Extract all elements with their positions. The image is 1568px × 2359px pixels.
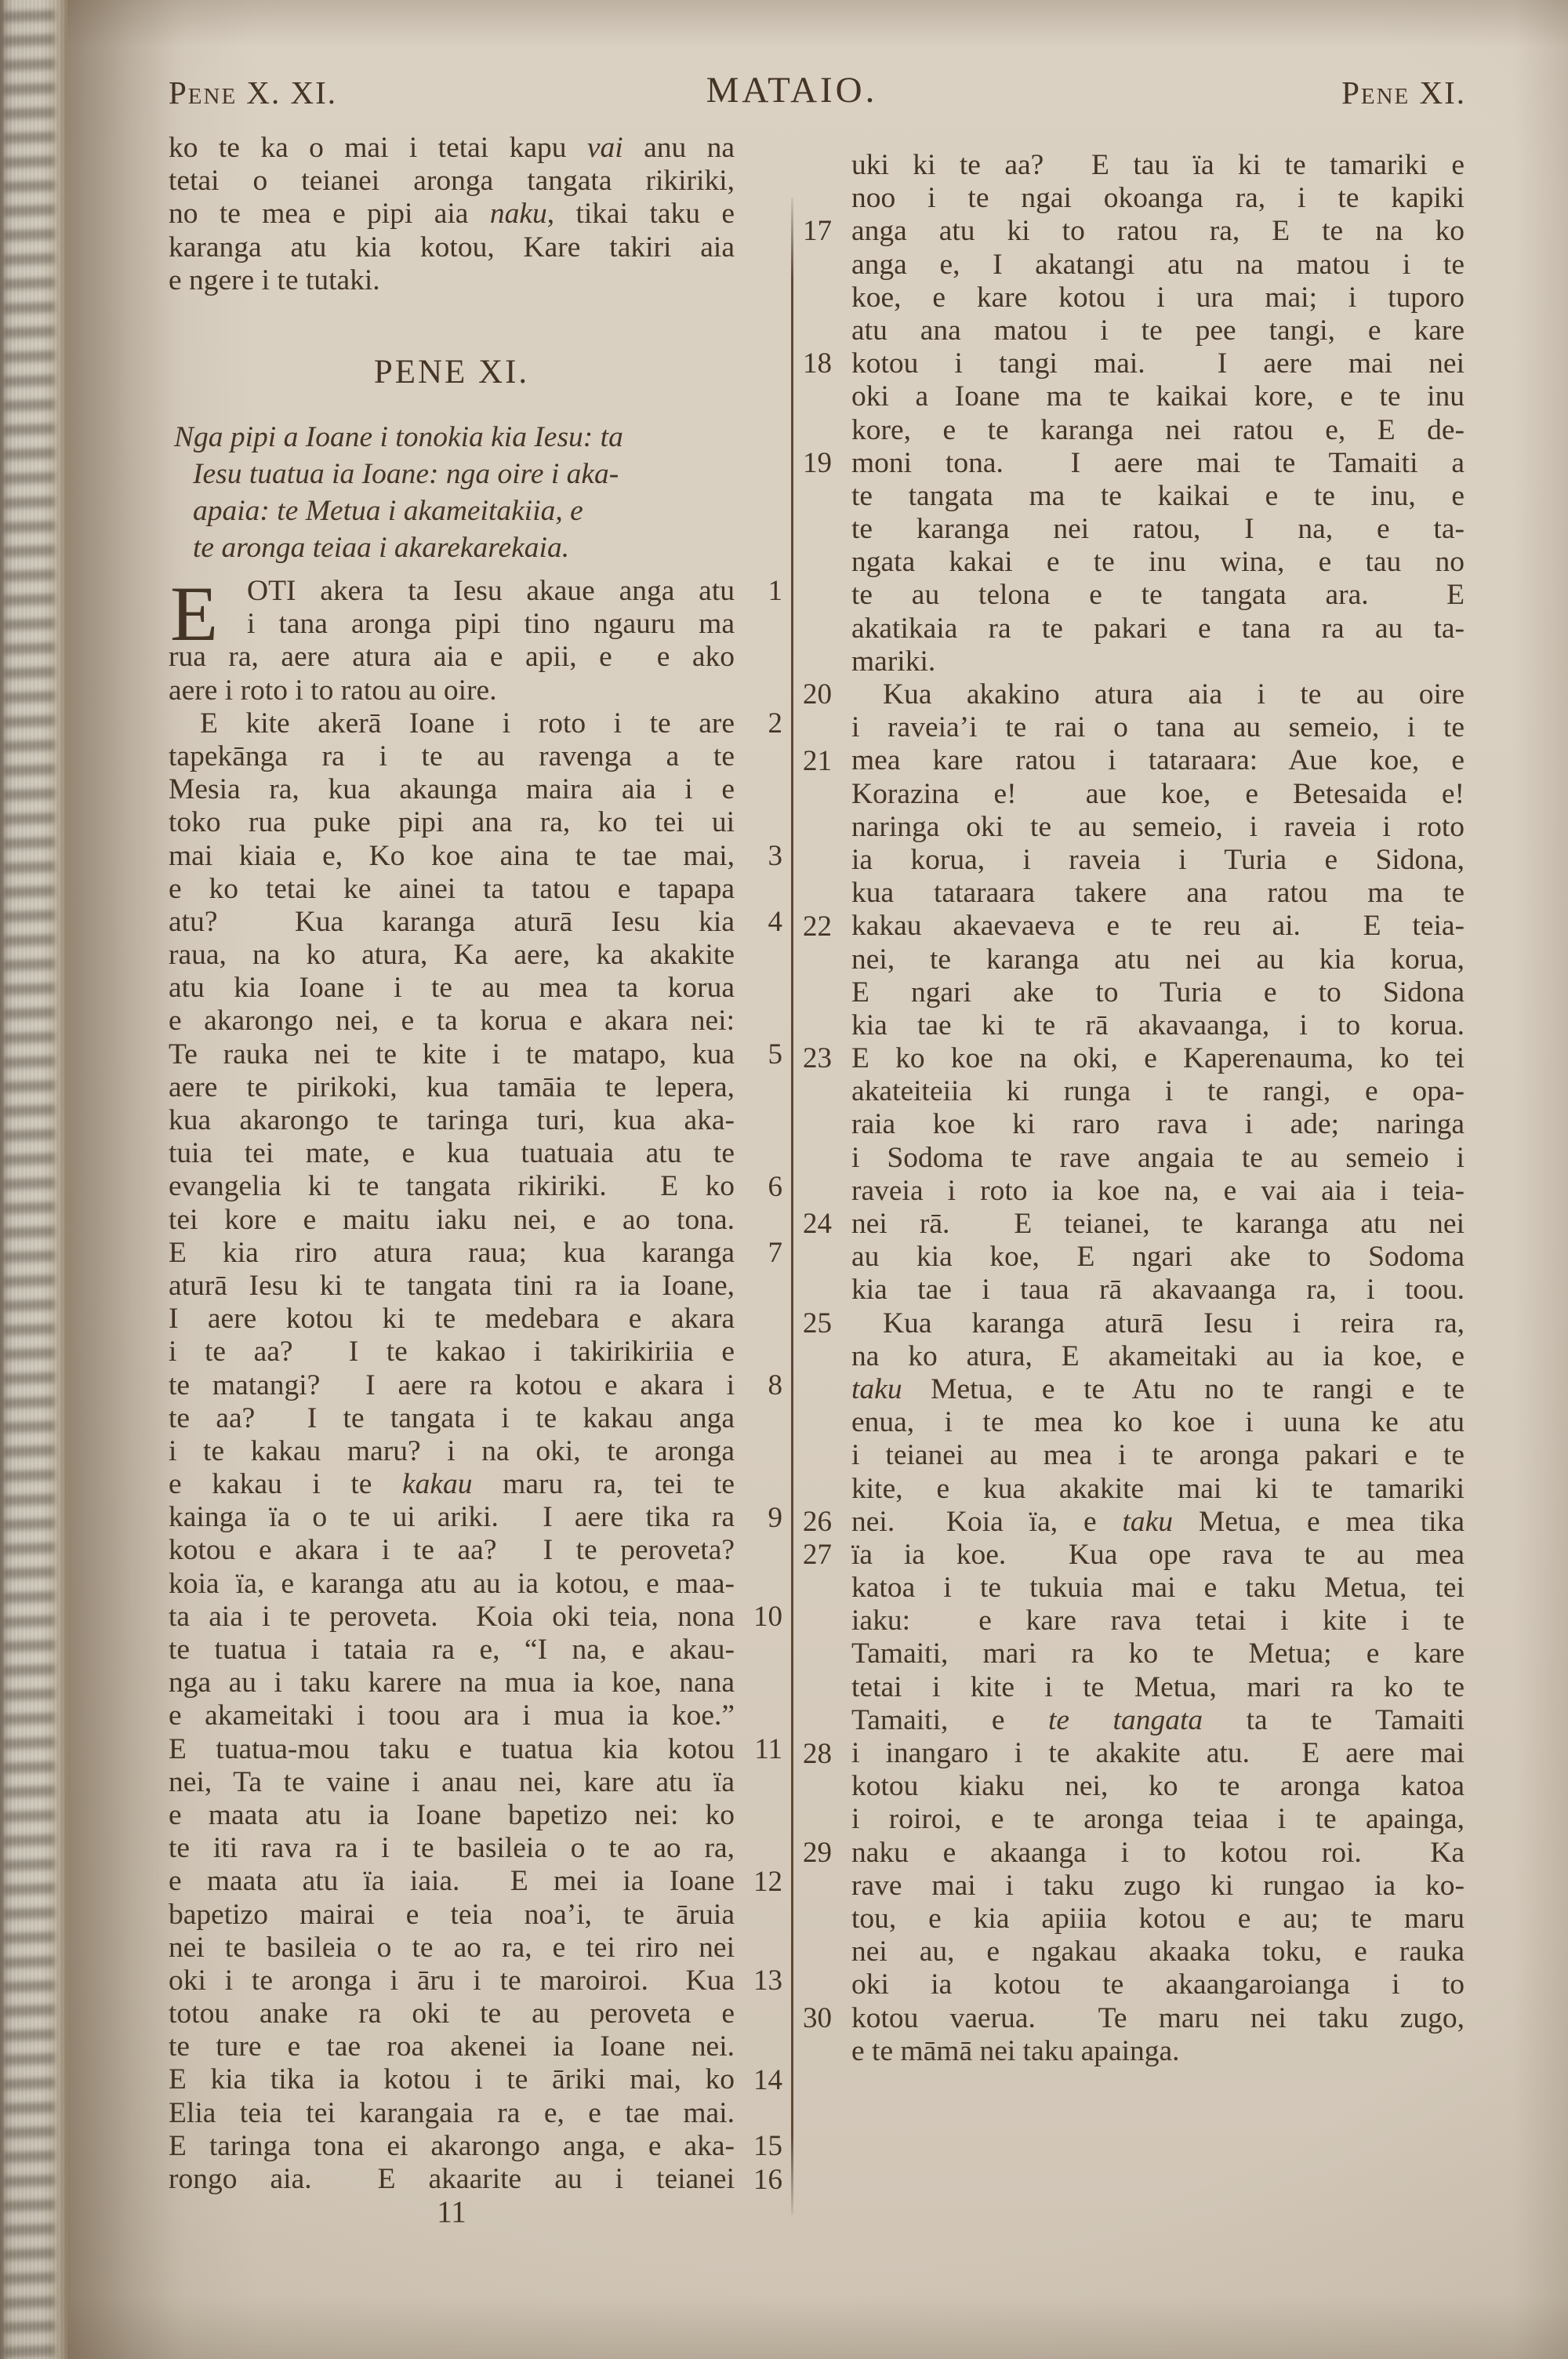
text-line: iaku: e kare rava tetai i kite i te — [851, 1605, 1465, 1637]
left-column-body-text: OTI akera ta Iesu akaue anga atui tana a… — [169, 575, 735, 2196]
verse-number: 24 — [803, 1208, 848, 1241]
verse-number: 15 — [737, 2130, 782, 2163]
verse-number: 8 — [737, 1369, 782, 1402]
text-line: kua akarongo te taringa turi, kua aka- — [169, 1104, 735, 1137]
text-line: nga au i taku karere na mua ia koe, nana — [169, 1667, 735, 1699]
text-line: te au telona e te tangata ara. E — [851, 579, 1465, 612]
text-line: E kia tika ia kotou i te āriki mai, ko — [169, 2063, 735, 2096]
text-line: noo i te ngai okoanga ra, i te kapiki — [851, 182, 1465, 215]
text-line: raua, na ko atura, Ka aere, ka akakite — [169, 939, 735, 972]
text-line: Tamaiti, e te tangata ta te Tamaiti — [851, 1704, 1465, 1737]
verse-number: 7 — [737, 1237, 782, 1270]
text-line: Tamaiti, mari ra ko te Metua; e kare — [851, 1637, 1465, 1670]
text-line: kore, e te karanga nei ratou e, E de- — [851, 414, 1465, 447]
text-line: enua, i te mea ko koe i uuna ke atu — [851, 1406, 1465, 1439]
text-line: kotou e akara i te aa? I te peroveta? — [169, 1534, 735, 1567]
verse-number: 2 — [737, 707, 782, 740]
text-line: na ko atura, E akameitaki au ia koe, e — [851, 1340, 1465, 1373]
text-line: i Sodoma te rave angaia te au semeio i — [851, 1142, 1465, 1175]
text-line: te iti rava ra i te basileia o te ao ra, — [169, 1832, 735, 1865]
text-line: Korazina e! aue koe, e Betesaida e! — [851, 778, 1465, 811]
text-line: oki i te aronga i āru i te maroiroi. Kua — [169, 1965, 735, 1997]
right-column-body-text: uki ki te aa? E tau ïa ki te tamariki en… — [851, 149, 1465, 2068]
verse-number: 26 — [803, 1506, 848, 1539]
text-line: nei, Ta te vaine i anau nei, kare atu ïa — [169, 1766, 735, 1799]
text-line: te karanga nei ratou, I na, e ta- — [851, 513, 1465, 546]
text-line: i tana aronga pipi tino ngauru ma — [169, 608, 735, 641]
text-line: atu ana matou i te pee tangi, e kare — [851, 314, 1465, 347]
text-line: atu? Kua karanga aturā Iesu kia — [169, 906, 735, 939]
text-line: ia korua, i raveia i Turia e Sidona, — [851, 844, 1465, 877]
verse-number: 10 — [737, 1601, 782, 1634]
text-line: te aa? I te tangata i te kakau anga — [169, 1402, 735, 1435]
text-line: E kite akerā Ioane i roto i te are — [169, 707, 735, 740]
verse-number: 5 — [737, 1038, 782, 1071]
verse-number: 28 — [803, 1738, 848, 1771]
gutter-shadow — [67, 0, 185, 2359]
text-line: kua tataraara takere ana ratou ma te — [851, 877, 1465, 910]
verse-number: 16 — [737, 2164, 782, 2197]
text-line: rave mai i taku zugo ki rungao ia ko- — [851, 1870, 1465, 1903]
text-line: taku Metua, e te Atu no te rangi e te — [851, 1373, 1465, 1406]
text-line: koe, e kare kotou i ura mai; i tuporo — [851, 282, 1465, 314]
text-line: nei. Koia ïa, e taku Metua, e mea tika — [851, 1506, 1465, 1539]
text-line: te tuatua i tataia ra e, “I na, e akau- — [169, 1634, 735, 1667]
text-line: i teianei au mea i te aronga pakari e te — [851, 1439, 1465, 1472]
text-line: ta aia i te peroveta. Koia oki teia, non… — [169, 1601, 735, 1634]
text-line: tetai i kite i te Metua, mari ra ko te — [851, 1671, 1465, 1704]
text-line: ko te ka o mai i tetai kapu vai anu na — [169, 132, 735, 165]
text-line: oki ia kotou te akaangaroianga i to — [851, 1968, 1465, 2001]
text-line: e akameitaki i toou ara i mua ia koe.” — [169, 1699, 735, 1732]
running-head-left: Pene X. XI. — [169, 74, 337, 111]
text-line: nei, te karanga atu nei au kia korua, — [851, 943, 1465, 976]
scanned-book-page: Pene X. XI. MATAIO. Pene XI. ko te ka o … — [0, 0, 1568, 2359]
text-line: mai kiaia e, Ko koe aina te tae mai, — [169, 840, 735, 873]
text-line: rongo aia. E akaarite au i teianei — [169, 2163, 735, 2196]
text-line: anga e, I akatangi atu na matou i te — [851, 249, 1465, 282]
verse-number: 17 — [803, 215, 848, 248]
text-line: apaia: te Metua i akameitakiia, e — [174, 493, 735, 529]
text-line: E taringa tona ei akarongo anga, e aka- — [169, 2130, 735, 2163]
text-line: i te kakau maru? i na oki, te aronga — [169, 1435, 735, 1468]
text-line: akateiteiia ki runga i te rangi, e opa- — [851, 1075, 1465, 1108]
text-line: bapetizo mairai e teia noa’i, te āruia — [169, 1899, 735, 1932]
text-line: I aere kotou ki te medebara e akara — [169, 1303, 735, 1336]
text-line: i roiroi, e te aronga teiaa i te apainga… — [851, 1803, 1465, 1836]
text-line: raia koe ki raro rava i ade; naringa — [851, 1108, 1465, 1141]
running-head-right: Pene XI. — [1192, 74, 1466, 111]
text-line: aere i roto i to ratou au oire. — [169, 674, 735, 707]
text-line: E tuatua-mou taku e tuatua kia kotou — [169, 1733, 735, 1766]
text-line: rua ra, aere atura aia e apii, e e ako — [169, 641, 735, 674]
verse-number: 18 — [803, 347, 848, 380]
verse-number: 12 — [737, 1866, 782, 1899]
text-line: raveia i roto ia koe na, e vai aia i tei… — [851, 1175, 1465, 1208]
text-line: no te mea e pipi aia naku, tikai taku e — [169, 198, 735, 231]
verse-number: 9 — [737, 1502, 782, 1535]
verse-number: 6 — [737, 1171, 782, 1204]
verse-number: 29 — [803, 1837, 848, 1870]
text-line: koia ïa, e karanga atu au ia kotou, e ma… — [169, 1568, 735, 1601]
text-line: katoa i te tukuia mai e taku Metua, tei — [851, 1572, 1465, 1605]
verse-number: 21 — [803, 745, 848, 778]
text-line: te ture e tae roa akenei ia Ioane nei. — [169, 2030, 735, 2063]
text-line: e ko tetai ke ainei ta tatou e tapapa — [169, 873, 735, 906]
text-line: akatikaia ra te pakari e tana ra au ta- — [851, 612, 1465, 645]
chapter-summary: Nga pipi a Ioane i tonokia kia Iesu: taI… — [174, 419, 735, 566]
text-line: uki ki te aa? E tau ïa ki te tamariki e — [851, 149, 1465, 182]
text-line: kainga ïa o te ui ariki. I aere tika ra — [169, 1501, 735, 1534]
text-line: E ko koe na oki, e Kaperenauma, ko tei — [851, 1042, 1465, 1075]
verse-number: 19 — [803, 447, 848, 480]
text-line: tuia tei mate, e kua tuatuaia atu te — [169, 1137, 735, 1170]
text-line: e ngere i te tutaki. — [169, 264, 735, 297]
text-line: Te rauka nei te kite i te matapo, kua — [169, 1038, 735, 1071]
verse-number: 3 — [737, 840, 782, 873]
text-line: i inangaro i te akakite atu. E aere mai — [851, 1737, 1465, 1770]
text-line: e te māmā nei taku apainga. — [851, 2035, 1465, 2068]
verse-number: 4 — [737, 906, 782, 939]
text-line: kia tae i taua rā akavaanga ra, i toou. — [851, 1274, 1465, 1307]
text-line: aere te pirikoki, kua tamāia te lepera, — [169, 1071, 735, 1104]
text-line: te aronga teiaa i akarekarekaia. — [174, 529, 735, 566]
book-gutter-previous-page-edge — [0, 0, 67, 2359]
text-line: Elia teia tei karangaia ra e, e tae mai. — [169, 2097, 735, 2130]
text-line: E kia riro atura raua; kua karanga — [169, 1237, 735, 1270]
text-line: te matangi? I aere ra kotou e akara i — [169, 1369, 735, 1402]
text-line: i te aa? I te kakao i takirikiriia e — [169, 1336, 735, 1369]
text-line: mea kare ratou i tataraara: Aue koe, e — [851, 744, 1465, 777]
text-line: anga atu ki to ratou ra, E te na ko — [851, 215, 1465, 248]
verse-number: 20 — [803, 678, 848, 711]
text-line: e maata atu ïa iaia. E mei ia Ioane — [169, 1865, 735, 1898]
text-line: kotou vaerua. Te maru nei taku zugo, — [851, 2002, 1465, 2035]
text-line: au kia koe, E ngari ake to Sodoma — [851, 1241, 1465, 1274]
text-line: Nga pipi a Ioane i tonokia kia Iesu: ta — [174, 419, 735, 456]
text-line: moni tona. I aere mai te Tamaiti a — [851, 447, 1465, 480]
text-line: Iesu tuatua ia Ioane: nga oire i aka- — [174, 456, 735, 493]
text-line: te tangata ma te kaikai e te inu, e — [851, 480, 1465, 513]
verse-number: 30 — [803, 2002, 848, 2035]
text-line: atu kia Ioane i te au mea ta korua — [169, 972, 735, 1005]
text-line: E ngari ake to Turia e to Sidona — [851, 976, 1465, 1009]
text-line: nei rā. E teianei, te karanga atu nei — [851, 1208, 1465, 1241]
text-line: i raveia’i te rai o tana au semeio, i te — [851, 711, 1465, 744]
verse-number: 11 — [737, 1733, 782, 1766]
verse-number: 27 — [803, 1539, 848, 1572]
verse-number: 1 — [737, 575, 782, 608]
text-line: e kakau i te kakau maru ra, tei te — [169, 1468, 735, 1501]
page-number: 11 — [169, 2194, 735, 2230]
text-line: naku e akaanga i to kotou roi. Ka — [851, 1837, 1465, 1870]
running-head-center: MATAIO. — [635, 69, 949, 111]
chapter10-ending-paragraph: ko te ka o mai i tetai kapu vai anu nate… — [169, 132, 735, 297]
verse-number: 25 — [803, 1307, 848, 1340]
text-line: tapekānga ra i te au ravenga a te — [169, 740, 735, 773]
text-line: oki a Ioane ma te kaikai kore, e te inu — [851, 380, 1465, 413]
text-line: naringa oki te au semeio, i raveia i rot… — [851, 811, 1465, 844]
column-divider-rule — [791, 198, 793, 2215]
text-line: nei te basileia o te ao ra, e tei riro n… — [169, 1932, 735, 1965]
text-line: karanga atu kia kotou, Kare takiri aia — [169, 231, 735, 264]
text-line: Kua akakino atura aia i te au oire — [851, 678, 1465, 711]
text-line: aturā Iesu ki te tangata tini ra ia Ioan… — [169, 1270, 735, 1303]
text-line: ngata kakai e te inu wina, e tau no — [851, 546, 1465, 579]
verse-number: 13 — [737, 1965, 782, 1997]
text-line: kotou i tangi mai. I aere mai nei — [851, 347, 1465, 380]
text-line: totou anake ra oki te au peroveta e — [169, 1997, 735, 2030]
text-line: Kua karanga aturā Iesu i reira ra, — [851, 1307, 1465, 1340]
text-line: e maata atu ia Ioane bapetizo nei: ko — [169, 1799, 735, 1832]
text-line: kia tae ki te rā akavaanga, i to korua. — [851, 1009, 1465, 1042]
text-line: e akarongo nei, e ta korua e akara nei: — [169, 1005, 735, 1038]
text-line: mariki. — [851, 645, 1465, 678]
chapter-heading: PENE XI. — [169, 353, 735, 391]
text-line: kakau akaevaeva e te reu ai. E teia- — [851, 910, 1465, 943]
verse-number: 23 — [803, 1042, 848, 1075]
verse-number: 14 — [737, 2064, 782, 2097]
text-line: toko rua puke pipi ana ra, ko tei ui — [169, 806, 735, 839]
text-line: nei au, e ngakau akaaka toku, e rauka — [851, 1936, 1465, 1968]
text-line: tetai o teianei aronga tangata rikiriki, — [169, 165, 735, 198]
text-line: kotou kiaku nei, ko te aronga katoa — [851, 1770, 1465, 1803]
text-line: Mesia ra, kua akaunga maira aia i e — [169, 773, 735, 806]
verse-number: 22 — [803, 911, 848, 943]
text-line: tei kore e maitu iaku nei, e ao tona. — [169, 1204, 735, 1237]
text-line: tou, e kia apiiia kotou e au; te maru — [851, 1903, 1465, 1936]
text-line: kite, e kua akakite mai ki te tamariki — [851, 1473, 1465, 1506]
text-line: ïa ia koe. Kua ope rava te au mea — [851, 1539, 1465, 1572]
text-line: evangelia ki te tangata rikiriki. E ko — [169, 1170, 735, 1203]
text-line: OTI akera ta Iesu akaue anga atu — [169, 575, 735, 608]
